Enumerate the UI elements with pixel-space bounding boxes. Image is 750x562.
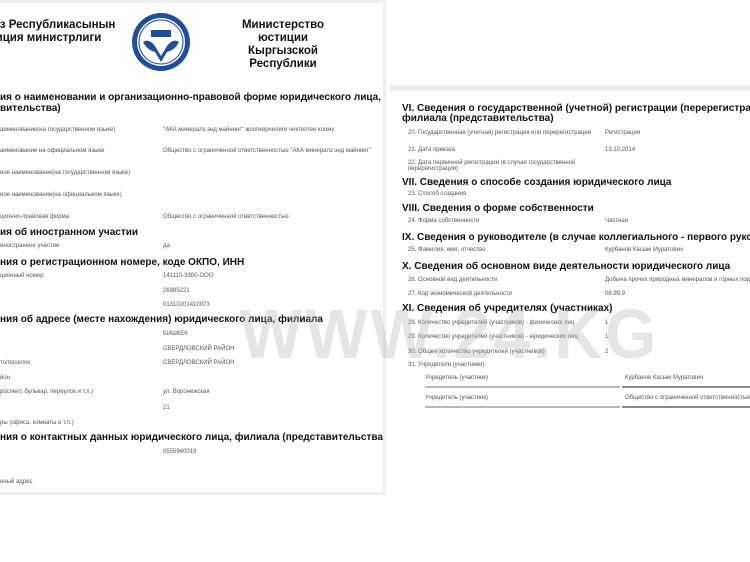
founder-label: Учредитель (участник)	[425, 375, 488, 382]
section-title: IX. Сведения о руководителе (в случае ко…	[402, 232, 750, 243]
field-label: 28. Количество учредителей (участников) …	[408, 320, 574, 327]
field-label: ры (офиса, комнаты и т.п.)	[0, 420, 74, 427]
header-kyrgyz-line1: ыз Республикасынын	[0, 19, 115, 32]
field-label: нный адрес	[0, 479, 32, 486]
field-label: иностранное участие	[0, 243, 59, 250]
field-value: 21	[163, 405, 170, 412]
section-title: ия об иностранном участии	[0, 227, 138, 238]
field-value: ул. Воронежская	[163, 389, 210, 396]
header-russian-title: Министерство юстиции Кыргызской Республи…	[218, 19, 348, 71]
field-label: 26. Основной вид деятельности	[408, 277, 497, 284]
field-value: 08.99.9	[605, 291, 625, 298]
field-label: ционно-правовая форма	[0, 214, 69, 221]
field-value: БИШКЕК	[163, 331, 188, 338]
field-value: 141110-3300-ООО	[163, 273, 213, 280]
field-label: ное наименование(на государственном язык…	[0, 170, 130, 177]
field-label: йон	[0, 375, 10, 382]
field-label: аименование на официальном языке	[0, 148, 104, 155]
field-label: 23. Способ создания	[408, 191, 466, 198]
field-label: 20. Государственная (учетная) регистраци…	[408, 130, 591, 137]
header-russian-line1: Министерство юстиции	[218, 19, 348, 45]
field-label: роспект, бульвар, переулок и т.п.)	[0, 389, 93, 396]
header-russian-line2: Кыргызской Республики	[218, 45, 348, 71]
field-value: Курбанов Касым Муратович	[605, 247, 683, 254]
field-value: 1	[605, 320, 608, 327]
field-value: 26985221	[163, 288, 190, 295]
ministry-seal-icon	[131, 12, 191, 72]
section-title-cont: вительства)	[0, 103, 61, 114]
founder-row-divider	[425, 406, 620, 408]
section-title: VIII. Сведения о форме собственности	[402, 203, 594, 214]
field-value: Добыча прочих природных минералов и горн…	[605, 277, 750, 284]
field-label: 31. Учредители (участники):	[408, 362, 486, 369]
field-value: 0555940019	[163, 449, 196, 456]
section-title-cont: филиала (представительства)	[402, 113, 554, 124]
section-title: XI. Сведения об учредителях (участниках)	[402, 303, 612, 314]
section-title: X. Сведения об основном виде деятельност…	[402, 261, 730, 272]
field-value: Частная	[605, 218, 628, 225]
field-label-cont: перерегистрации)	[408, 166, 458, 173]
field-label: то/поселок	[0, 360, 30, 367]
field-value: Общество с ограниченной ответственностью…	[163, 148, 371, 155]
section-title: ния об адресе (месте нахождения) юридиче…	[0, 314, 323, 325]
field-value: 01310201410073	[163, 302, 210, 309]
section-title: ния о регистрационном номере, коде ОКПО,…	[0, 257, 244, 268]
field-label: 27. Код экономической деятельности	[408, 291, 512, 298]
field-label: 25. Фамилия, имя, отчество	[408, 247, 486, 254]
field-value: Регистрация	[605, 130, 640, 137]
field-value: 1	[605, 334, 608, 341]
header-kyrgyz-title: ыз Республикасынын тиция министрлиги	[0, 19, 115, 45]
document-header: ыз Республикасынын тиция министрлиги Мин…	[0, 3, 383, 83]
field-label: ционный номер	[0, 273, 44, 280]
field-value: СВЕРДЛОВСКИЙ РАЙОН	[163, 346, 234, 353]
field-value: СВЕРДЛОВСКИЙ РАЙОН	[163, 360, 234, 367]
section-title: VII. Сведения о способе создания юридиче…	[402, 177, 671, 188]
section-title: ия о наименовании и организационно-право…	[0, 92, 386, 103]
founder-row-divider	[425, 386, 620, 388]
right-document-page: VI. Сведения о государственной (учетной)…	[390, 85, 750, 410]
field-label: 30. Общее количество учредителей (участн…	[408, 349, 545, 356]
header-kyrgyz-line2: тиция министрлиги	[0, 32, 115, 45]
founder-value: Курбанов Касым Муратович	[625, 375, 703, 382]
field-label: 21. Дата приказа	[408, 147, 455, 154]
field-label: 29. Количество учредителей (участников) …	[408, 334, 578, 341]
field-label: аименование(на государственном языке)	[0, 127, 115, 134]
founder-row-divider	[622, 386, 750, 388]
founder-value: Общество с ограниченной ответственностью	[625, 395, 750, 402]
field-value: Общество с ограниченной ответственностью	[163, 214, 289, 221]
left-document-page: ыз Республикасынын тиция министрлиги Мин…	[0, 0, 386, 495]
founder-label: Учредитель (участник)	[425, 395, 488, 402]
field-label: 24. Форма собственности	[408, 218, 479, 225]
field-value: 13.10.2014	[605, 147, 635, 154]
field-value: 2	[605, 349, 608, 356]
section-title: ния о контактных данных юридического лиц…	[0, 432, 386, 443]
founder-row-divider	[622, 406, 750, 408]
field-value: да	[163, 243, 170, 250]
field-label: ное наименование(на официальном языке)	[0, 192, 122, 199]
field-value: "АКА минералз энд майнинг" жоопкерчилиги…	[163, 127, 334, 134]
